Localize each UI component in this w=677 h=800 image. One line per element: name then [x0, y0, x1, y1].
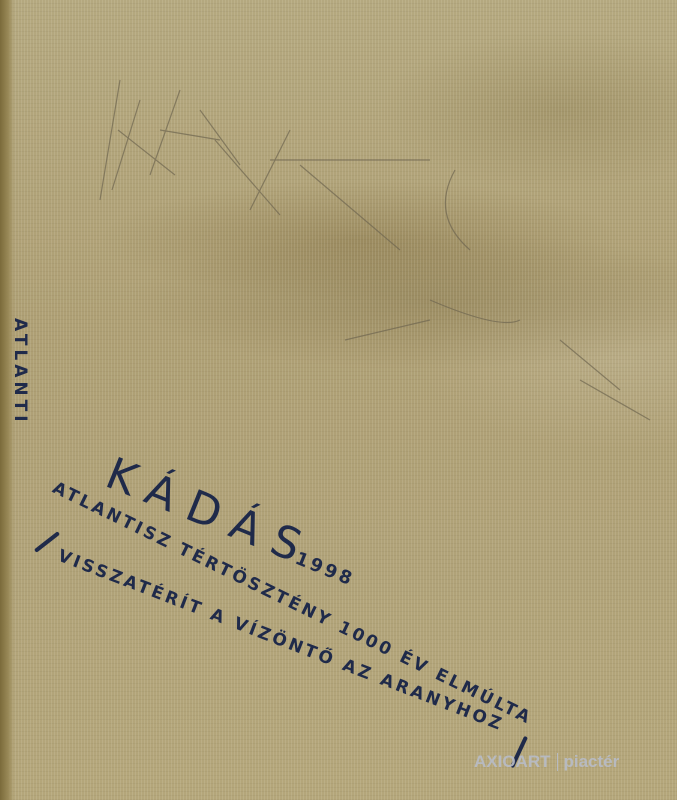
- watermark-sub: piactér: [564, 752, 620, 772]
- pencil-sketch: [0, 0, 677, 800]
- watermark: AXIOART piactér: [474, 752, 619, 772]
- watermark-brand: AXIOART: [474, 752, 551, 772]
- inscription-vertical: ATLANTI: [10, 318, 30, 426]
- canvas-back: ATLANTI KÁDÁS 1998 ATLANTISZ TÉRTÖSZTÉNY…: [0, 0, 677, 800]
- watermark-separator: [557, 753, 558, 771]
